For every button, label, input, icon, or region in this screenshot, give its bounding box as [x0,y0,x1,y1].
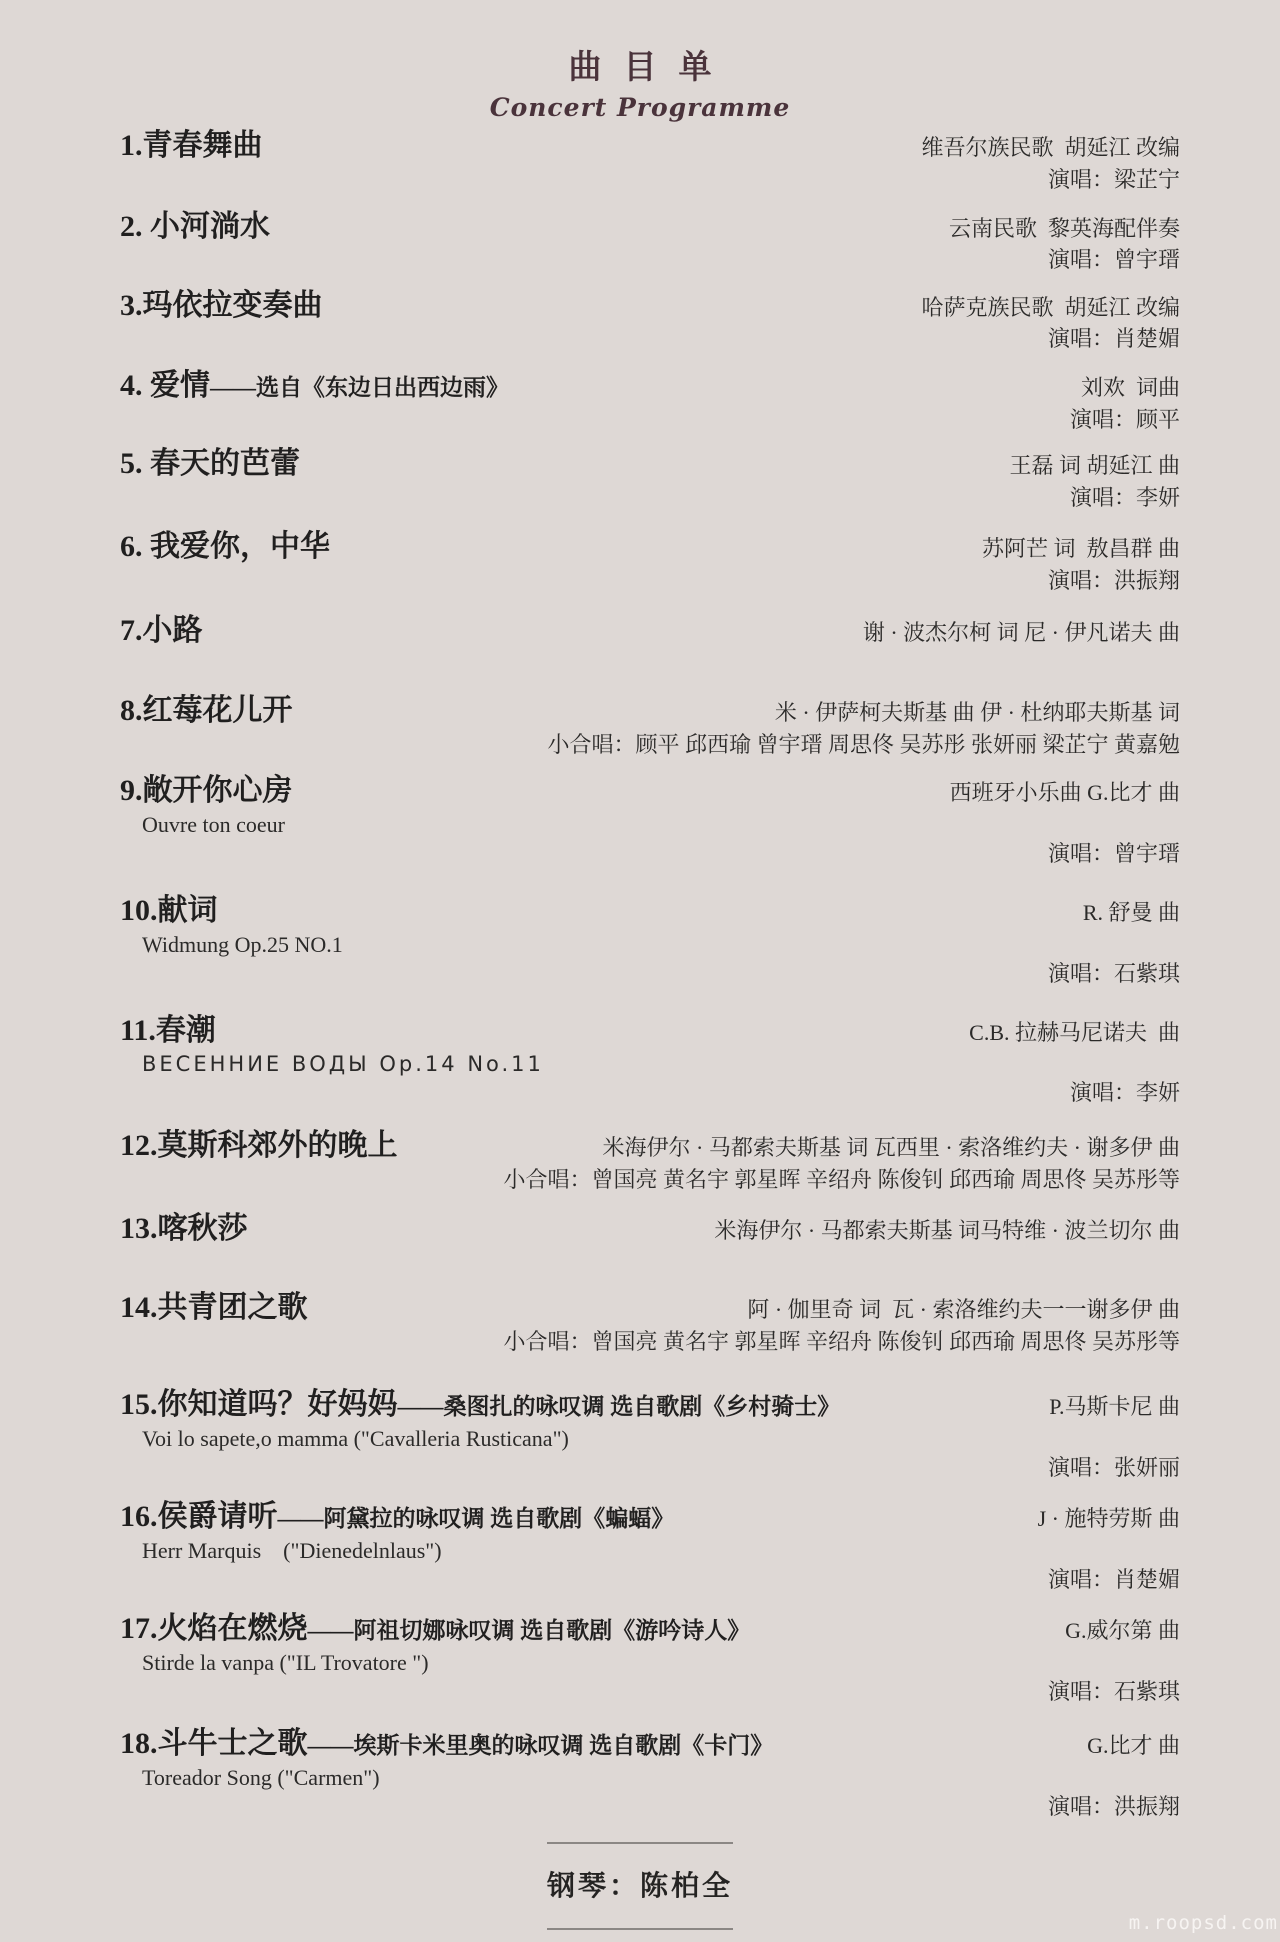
song-credit: G.比才 曲 [773,1734,1180,1757]
song-number: 17. [120,1612,158,1645]
programme-item: 5. 春天的芭蕾 王磊 词 胡延江 曲 演唱：李妍 [120,448,1180,509]
song-credit: 苏阿芒 词 敖昌群 曲 [330,537,1180,560]
watermark: m.roopsd.com [1129,1912,1278,1934]
song-credit: 米 · 伊萨柯夫斯基 曲 伊 · 杜纳耶夫斯基 词 [293,701,1181,724]
song-subtitle: Widmung Op.25 NO.1 [142,933,1180,956]
song-credit: G.威尔第 曲 [750,1619,1180,1642]
song-title: 10.献词 [120,895,218,927]
piano-credit: 钢琴：陈柏全 [0,1864,1280,1904]
song-number: 7. [120,614,143,647]
song-title: 7.小路 [120,615,203,647]
song-number: 1. [120,129,143,162]
song-title: 8.红莓花儿开 [120,695,293,727]
song-suffix: ——桑图扎的咏叹调 选自歌剧《乡村骑士》 [398,1394,841,1419]
song-credit: 刘欢 词曲 [509,376,1180,399]
performer-line: 演唱：曾宇瑨 [120,842,1180,865]
song-title: 9.敞开你心房 [120,775,293,807]
song-number: 6. [120,530,150,563]
song-subtitle: ВЕСЕННИЕ ВОДЫ Op.14 No.11 [142,1053,1180,1075]
song-title: 3.玛依拉变奏曲 [120,290,323,322]
performer-line: 演唱：石紫琪 [120,1680,1180,1703]
performer-line: 小合唱：曾国亮 黄名宇 郭星晖 辛绍舟 陈俊钊 邱西瑜 周思佟 吴苏彤等 [120,1168,1180,1191]
performer-line: 演唱：肖楚媚 [120,327,1180,350]
performer-line: 演唱：顾平 [120,408,1180,431]
top-divider [547,1842,733,1844]
programme-item: 6. 我爱你，中华 苏阿芒 词 敖昌群 曲 演唱：洪振翔 [120,531,1180,592]
concert-programme-page: 曲目单 Concert Programme 1.青春舞曲 维吾尔族民歌 胡延江 … [0,0,1280,1942]
song-credit: R. 舒曼 曲 [218,901,1181,924]
bottom-divider [547,1928,733,1930]
programme-item: 17.火焰在燃烧——阿祖切娜咏叹调 选自歌剧《游吟诗人》 G.威尔第 曲 Sti… [120,1613,1180,1703]
programme-item: 10.献词 R. 舒曼 曲 Widmung Op.25 NO.1 演唱：石紫琪 [120,895,1180,985]
song-credit: P.马斯卡尼 曲 [840,1395,1180,1418]
song-number: 18. [120,1727,158,1760]
song-credit: J · 施特劳斯 曲 [674,1507,1180,1530]
song-subtitle: Ouvre ton coeur [142,813,1180,836]
programme-item: 9.敞开你心房 西班牙小乐曲 G.比才 曲 Ouvre ton coeur 演唱… [120,775,1180,865]
song-number: 2. [120,210,150,243]
song-credit: 谢 · 波杰尔柯 词 尼 · 伊凡诺夫 曲 [203,621,1181,644]
song-number: 15. [120,1388,158,1421]
song-title: 17.火焰在燃烧——阿祖切娜咏叹调 选自歌剧《游吟诗人》 [120,1613,750,1645]
programme-item: 11.春潮 C.B. 拉赫马尼诺夫 曲 ВЕСЕННИЕ ВОДЫ Op.14 … [120,1015,1180,1104]
song-subtitle: Stirde la vanpa ("IL Trovatore ") [142,1651,1180,1674]
song-subtitle: Herr Marquis ("Dienedelnlaus") [142,1539,1180,1562]
song-number: 14. [120,1291,158,1324]
performer-line: 演唱：洪振翔 [120,569,1180,592]
programme-item: 12.莫斯科郊外的晚上 米海伊尔 · 马都索夫斯基 词 瓦西里 · 索洛维约夫 … [120,1130,1180,1191]
song-title: 2. 小河淌水 [120,211,270,243]
song-number: 8. [120,694,143,727]
song-suffix: ——阿黛拉的咏叹调 选自歌剧《蝙蝠》 [278,1506,675,1531]
song-title: 6. 我爱你，中华 [120,531,330,563]
song-suffix: ——阿祖切娜咏叹调 选自歌剧《游吟诗人》 [308,1618,751,1643]
programme-item: 4. 爱情——选自《东边日出西边雨》 刘欢 词曲 演唱：顾平 [120,370,1180,431]
footer: 钢琴：陈柏全 [0,1842,1280,1930]
programme-item: 15.你知道吗？好妈妈——桑图扎的咏叹调 选自歌剧《乡村骑士》 P.马斯卡尼 曲… [120,1389,1180,1479]
programme-item: 2. 小河淌水 云南民歌 黎英海配伴奏 演唱：曾宇瑨 [120,211,1180,272]
programme-item: 18.斗牛士之歌——埃斯卡米里奥的咏叹调 选自歌剧《卡门》 G.比才 曲 Tor… [120,1728,1180,1818]
song-number: 5. [120,447,150,480]
song-credit: 王磊 词 胡延江 曲 [300,454,1180,477]
song-title: 14.共青团之歌 [120,1292,308,1324]
song-credit: 米海伊尔 · 马都索夫斯基 词马特维 · 波兰切尔 曲 [248,1219,1181,1242]
performer-line: 演唱：梁芷宁 [120,168,1180,191]
song-title: 16.侯爵请听——阿黛拉的咏叹调 选自歌剧《蝙蝠》 [120,1501,674,1533]
programme-item: 7.小路 谢 · 波杰尔柯 词 尼 · 伊凡诺夫 曲 [120,615,1180,647]
song-number: 13. [120,1212,158,1245]
song-title: 4. 爱情——选自《东边日出西边雨》 [120,370,509,402]
song-suffix: ——选自《东边日出西边雨》 [210,375,509,400]
page-subtitle: Concert Programme [0,94,1280,122]
song-title: 12.莫斯科郊外的晚上 [120,1130,398,1162]
song-title: 13.喀秋莎 [120,1213,248,1245]
programme-list: 1.青春舞曲 维吾尔族民歌 胡延江 改编 演唱：梁芷宁 2. 小河淌水 云南民歌… [120,130,1180,1818]
song-title: 1.青春舞曲 [120,130,263,162]
performer-line: 演唱：李妍 [120,486,1180,509]
programme-item: 14.共青团之歌 阿 · 伽里奇 词 瓦 · 索洛维约夫一一谢多伊 曲 小合唱：… [120,1292,1180,1353]
performer-line: 小合唱：曾国亮 黄名宇 郭星晖 辛绍舟 陈俊钊 邱西瑜 周思佟 吴苏彤等 [120,1330,1180,1353]
song-title: 15.你知道吗？好妈妈——桑图扎的咏叹调 选自歌剧《乡村骑士》 [120,1389,840,1421]
song-number: 4. [120,369,150,402]
song-title: 18.斗牛士之歌——埃斯卡米里奥的咏叹调 选自歌剧《卡门》 [120,1728,773,1760]
page-title: 曲目单 [0,50,1280,86]
song-title: 11.春潮 [120,1015,216,1047]
performer-line: 演唱：洪振翔 [120,1795,1180,1818]
song-credit: C.B. 拉赫马尼诺夫 曲 [216,1021,1180,1044]
song-credit: 西班牙小乐曲 G.比才 曲 [293,781,1181,804]
programme-item: 1.青春舞曲 维吾尔族民歌 胡延江 改编 演唱：梁芷宁 [120,130,1180,191]
performer-line: 演唱：张妍丽 [120,1456,1180,1479]
song-suffix: ——埃斯卡米里奥的咏叹调 选自歌剧《卡门》 [308,1733,774,1758]
performer-line: 演唱：曾宇瑨 [120,248,1180,271]
song-number: 16. [120,1500,158,1533]
performer-line: 演唱：肖楚媚 [120,1568,1180,1591]
programme-item: 13.喀秋莎 米海伊尔 · 马都索夫斯基 词马特维 · 波兰切尔 曲 [120,1213,1180,1245]
song-credit: 维吾尔族民歌 胡延江 改编 [263,136,1181,159]
performer-line: 小合唱：顾平 邱西瑜 曾宇瑨 周思佟 吴苏彤 张妍丽 梁芷宁 黄嘉勉 [120,733,1180,756]
song-number: 3. [120,289,143,322]
song-credit: 云南民歌 黎英海配伴奏 [270,217,1180,240]
song-number: 12. [120,1129,158,1162]
song-credit: 米海伊尔 · 马都索夫斯基 词 瓦西里 · 索洛维约夫 · 谢多伊 曲 [398,1136,1181,1159]
song-credit: 阿 · 伽里奇 词 瓦 · 索洛维约夫一一谢多伊 曲 [308,1298,1181,1321]
performer-line: 演唱：石紫琪 [120,962,1180,985]
song-number: 11. [120,1014,156,1047]
header: 曲目单 Concert Programme [0,0,1280,122]
performer-line: 演唱：李妍 [120,1081,1180,1104]
programme-item: 3.玛依拉变奏曲 哈萨克族民歌 胡延江 改编 演唱：肖楚媚 [120,290,1180,351]
song-number: 10. [120,894,158,927]
song-number: 9. [120,774,143,807]
song-title: 5. 春天的芭蕾 [120,448,300,480]
programme-item: 16.侯爵请听——阿黛拉的咏叹调 选自歌剧《蝙蝠》 J · 施特劳斯 曲 Her… [120,1501,1180,1591]
programme-item: 8.红莓花儿开 米 · 伊萨柯夫斯基 曲 伊 · 杜纳耶夫斯基 词 小合唱：顾平… [120,695,1180,756]
song-subtitle: Voi lo sapete,o mamma ("Cavalleria Rusti… [142,1427,1180,1450]
song-subtitle: Toreador Song ("Carmen") [142,1766,1180,1789]
song-credit: 哈萨克族民歌 胡延江 改编 [323,296,1181,319]
